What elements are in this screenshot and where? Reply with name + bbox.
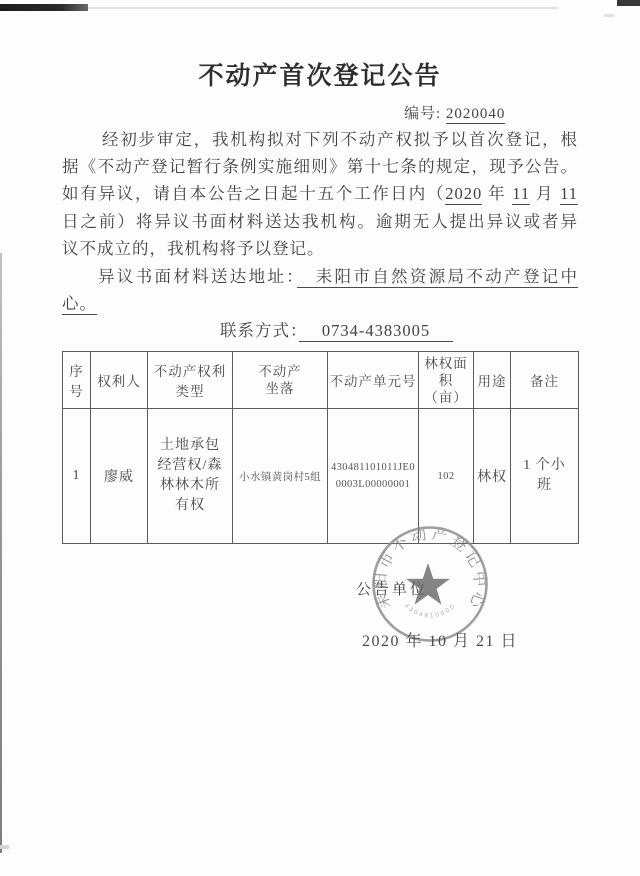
deadline-day: 11 <box>560 184 578 205</box>
header-unit-number: 不动产单元号 <box>328 352 419 409</box>
header-holder: 权利人 <box>91 352 148 409</box>
body-line-3: 如有异议，请自本公告之日起十五个工作日内（2020 年 11 月 11 <box>62 180 578 207</box>
contact-line: 联系方式： 0734-4383005 <box>62 317 578 344</box>
contact-label: 联系方式： <box>220 321 299 340</box>
month-unit: 月 <box>530 184 560 203</box>
cell-right-type: 土地承包经营权/森林林木所有权 <box>148 409 233 544</box>
cell-seq: 1 <box>63 409 91 544</box>
body-line-1: 经初步审定，我机构拟对下列不动产权拟予以首次登记，根 <box>62 126 578 153</box>
cell-unit-number-line2: 0003L00000001 <box>329 476 417 493</box>
scan-artifact-top-right <box>617 0 640 6</box>
scan-artifact-top-right-faint <box>604 14 614 17</box>
header-note: 备注 <box>511 352 579 409</box>
address-value-part2: 心。 <box>62 294 97 315</box>
cell-note: 1 个小班 <box>511 409 579 544</box>
body-line-3-text: 如有异议，请自本公告之日起十五个工作日内（ <box>62 184 445 203</box>
document-number-line: 编号: 2020040 <box>404 102 505 123</box>
header-forest-area: 林权面积（亩） <box>419 352 474 409</box>
scan-artifact-top-line <box>88 7 558 9</box>
body-line-2: 据《不动产登记暂行条例实施细则》第十七条的规定，现予公告。 <box>62 153 578 180</box>
body-line-5: 议不成立的，我机构将予以登记。 <box>62 235 578 262</box>
seal-arc-text: 耒阳市不动产登记中心 <box>371 525 489 612</box>
cell-holder: 廖威 <box>91 409 148 544</box>
header-usage: 用途 <box>474 352 511 409</box>
header-right-type: 不动产权利类型 <box>148 352 233 409</box>
document-number-value: 2020040 <box>446 106 506 124</box>
address-line: 异议书面材料送达地址： 耒阳市自然资源局不动产登记中 <box>62 263 578 290</box>
cell-location: 小水镇黄岗村5组 <box>233 409 328 544</box>
address-line-2: 心。 <box>62 290 578 317</box>
announcement-date: 2020 年 10 月 21 日 <box>362 628 518 651</box>
page-title: 不动产首次登记公告 <box>0 56 640 92</box>
cell-unit-number-line1: 430481101011JE0 <box>329 459 417 476</box>
address-label: 异议书面材料送达地址： <box>98 267 297 286</box>
header-forest-area-line2: （亩） <box>420 389 472 406</box>
scan-artifact-top-left <box>0 4 88 11</box>
body-line-4: 日之前）将异议书面材料送达我机构。逾期无人提出异议或者异 <box>62 208 578 235</box>
scanned-document-page: 不动产首次登记公告 编号: 2020040 经初步审定，我机构拟对下列不动产权拟… <box>0 0 640 876</box>
header-seq: 序号 <box>63 352 91 409</box>
header-forest-area-line1: 林权面积 <box>420 355 472 389</box>
table-header-row: 序号 权利人 不动产权利类型 不动产坐落 不动产单元号 林权面积（亩） 用途 备… <box>63 352 579 409</box>
scan-artifact-left-edge <box>0 253 2 853</box>
seal-code-text: 4304810000 <box>403 602 457 620</box>
contact-phone: 0734-4383005 <box>299 321 453 342</box>
document-number-label: 编号: <box>404 106 446 122</box>
header-location: 不动产坐落 <box>233 352 328 409</box>
header-location-line1: 不动产 <box>234 363 326 380</box>
deadline-year: 2020 <box>445 184 482 205</box>
address-value-part1: 耒阳市自然资源局不动产登记中 <box>297 267 578 288</box>
deadline-month: 11 <box>512 184 530 205</box>
header-location-line2: 坐落 <box>234 380 326 397</box>
year-unit: 年 <box>482 184 512 203</box>
seal-star-icon <box>406 563 450 605</box>
scan-artifact-bottom-left <box>0 845 9 849</box>
